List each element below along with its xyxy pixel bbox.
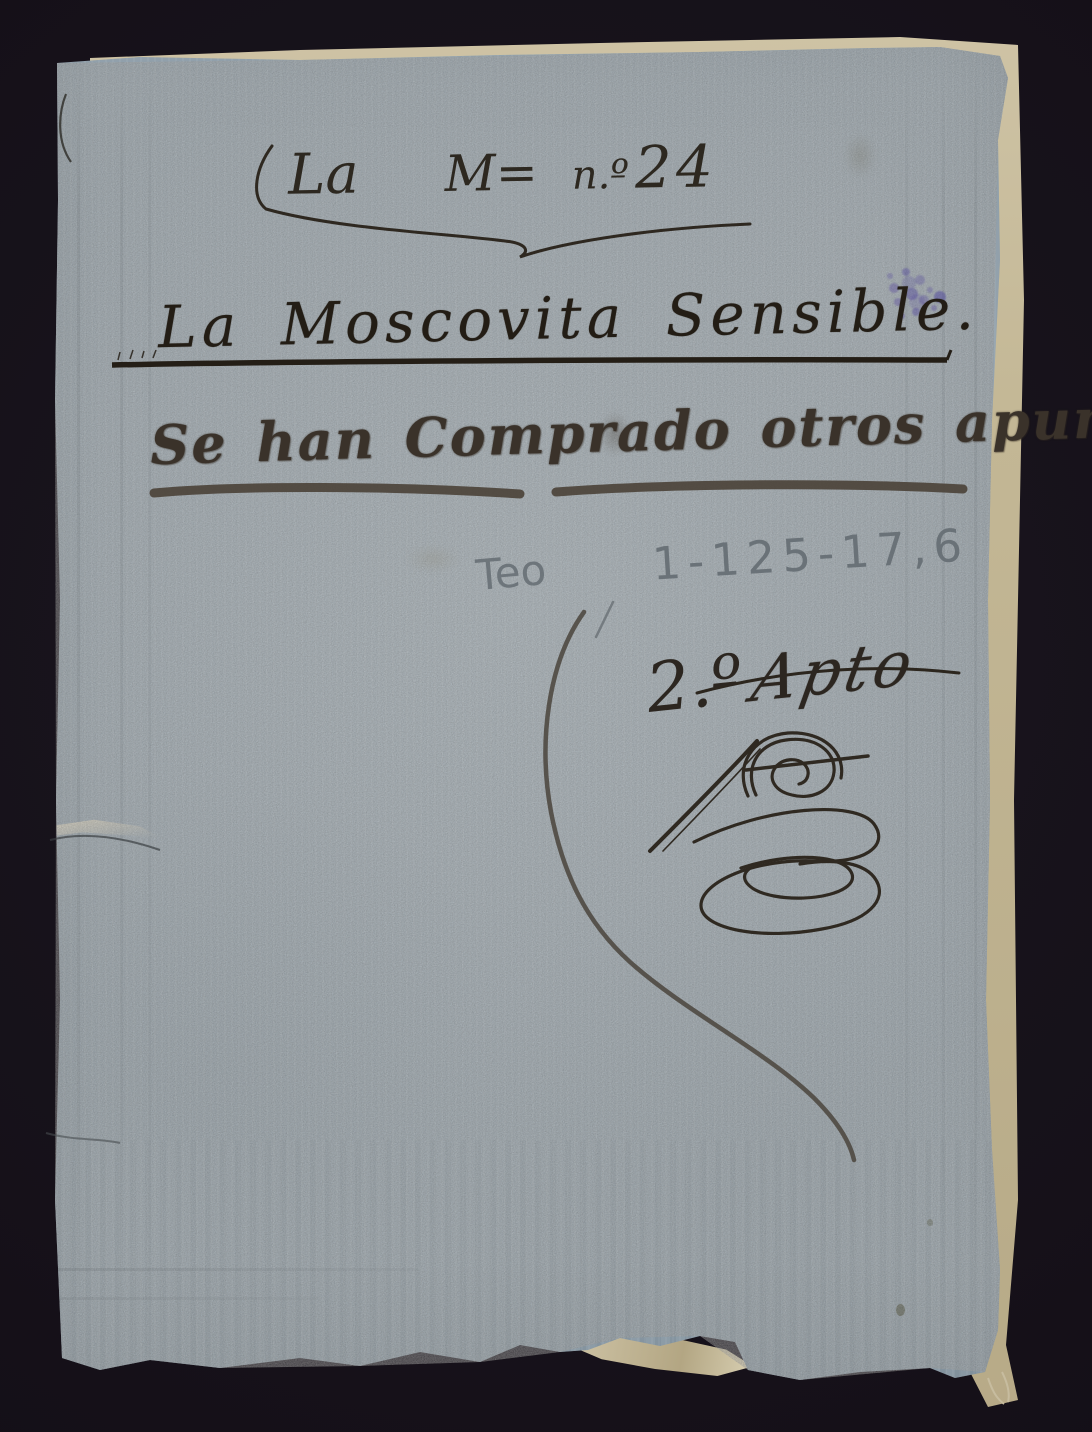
catalog-number-line: LaM=n.º24 xyxy=(287,132,717,207)
act-word: Apto xyxy=(747,625,922,717)
crease-line xyxy=(58,1268,418,1271)
crease-line xyxy=(974,55,977,1362)
speck xyxy=(927,1219,933,1226)
act-number: 2.º xyxy=(643,640,748,729)
photo-backdrop: LaM=n.º24 La Moscovita Sensible. Se han … xyxy=(0,0,1092,1432)
catalog-word-24: 24 xyxy=(634,132,717,201)
catalog-word-la: La xyxy=(287,142,359,208)
crease-line xyxy=(58,1297,318,1300)
ink-smudge xyxy=(838,128,882,190)
catalog-word-no: n.º xyxy=(571,152,629,199)
speck xyxy=(896,1304,905,1316)
crease-line xyxy=(120,55,123,1362)
manuscript-cover xyxy=(0,0,1092,1432)
catalog-word-m: M= xyxy=(444,143,538,203)
ink-stamp-area xyxy=(872,250,968,338)
crease-line xyxy=(148,55,151,1362)
pencil-note-teo: Teo xyxy=(474,545,548,600)
paper-striping xyxy=(40,1140,1032,1390)
pencil-smudge xyxy=(396,540,470,578)
crease-line xyxy=(77,55,80,1362)
